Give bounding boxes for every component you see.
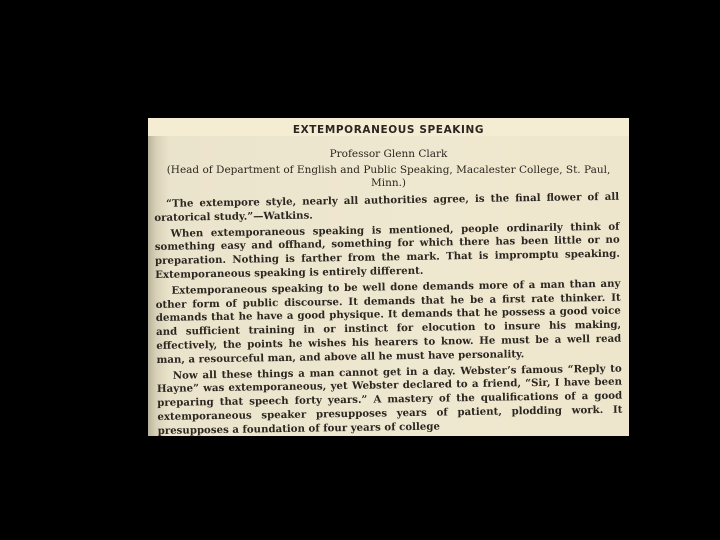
article-author: Professor Glenn Clark [148,148,629,160]
author-affiliation: (Head of Department of English and Publi… [156,164,621,190]
paragraph: Now all these things a man cannot get in… [157,362,623,436]
paragraph: When extemporaneous speaking is mentione… [154,220,620,282]
epigraph-quote: “The extempore style, nearly all authori… [154,191,619,226]
article: EXTEMPORANEOUS SPEAKING Professor Glenn … [148,118,629,436]
paragraph: Extemporaneous speaking to be well done … [155,277,621,367]
article-title: EXTEMPORANEOUS SPEAKING [148,124,629,136]
article-body: “The extempore style, nearly all authori… [154,191,623,436]
scanned-page: EXTEMPORANEOUS SPEAKING Professor Glenn … [148,118,629,436]
